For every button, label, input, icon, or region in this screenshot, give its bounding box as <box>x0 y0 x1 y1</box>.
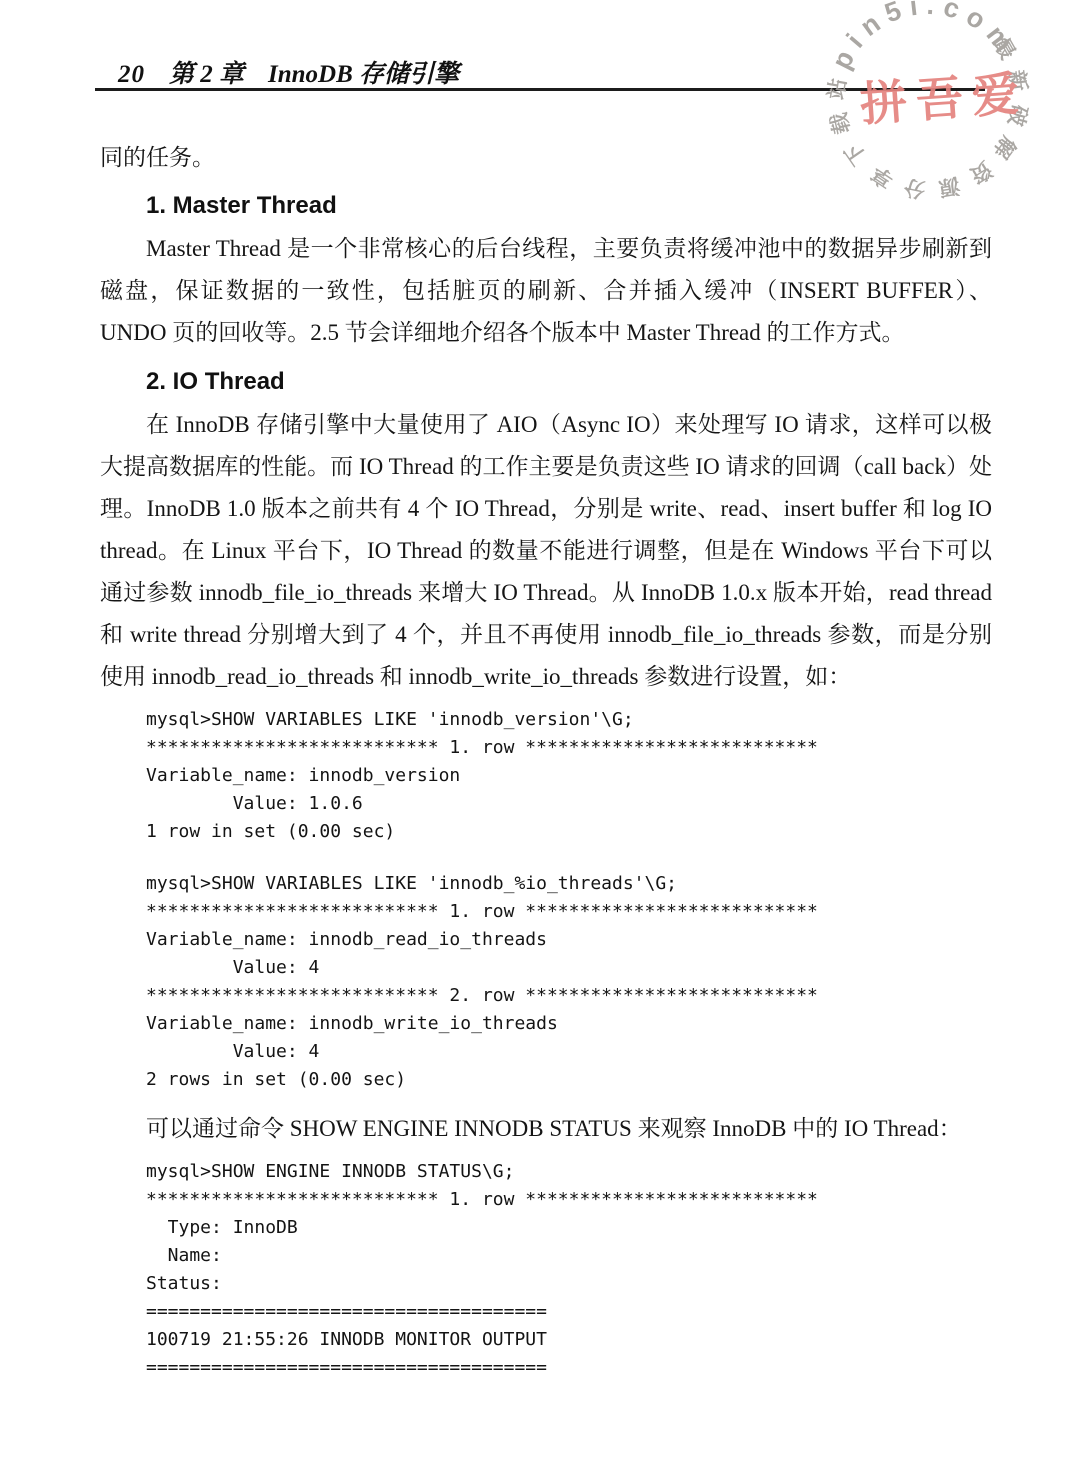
book-page: 20 第 2 章 InnoDB 存储引擎 pin5i.com 最新破解资源分享下… <box>0 0 1080 1478</box>
code-block-engine-status: mysql>SHOW ENGINE INNODB STATUS\G; *****… <box>146 1158 992 1382</box>
code-block-io-threads: mysql>SHOW VARIABLES LIKE 'innodb_%io_th… <box>146 870 992 1094</box>
watermark-site-text: pin5i.com <box>826 0 1024 74</box>
paragraph-io-thread: 在 InnoDB 存储引擎中大量使用了 AIO（Async IO）来处理写 IO… <box>100 404 992 698</box>
page-number: 20 <box>118 61 145 89</box>
watermark-center-text: 拼吾爱 <box>858 68 1029 132</box>
header-rule <box>95 88 985 91</box>
paragraph-continued: 同的任务。 <box>100 138 992 178</box>
chapter-title: InnoDB 存储引擎 <box>268 54 459 90</box>
code-block-innodb-version: mysql>SHOW VARIABLES LIKE 'innodb_versio… <box>146 706 992 846</box>
chapter-label: 第 2 章 <box>169 54 244 90</box>
paragraph-show-engine-status: 可以通过命令 SHOW ENGINE INNODB STATUS 来观察 Inn… <box>100 1108 992 1150</box>
section-heading-master-thread: 1. Master Thread <box>146 184 992 228</box>
paragraph-master-thread: Master Thread 是一个非常核心的后台线程，主要负责将缓冲池中的数据异… <box>100 228 992 354</box>
page-header: 20 第 2 章 InnoDB 存储引擎 <box>118 54 459 90</box>
section-heading-io-thread: 2. IO Thread <box>146 360 992 404</box>
body-text: 同的任务。 1. Master Thread Master Thread 是一个… <box>100 138 992 1382</box>
